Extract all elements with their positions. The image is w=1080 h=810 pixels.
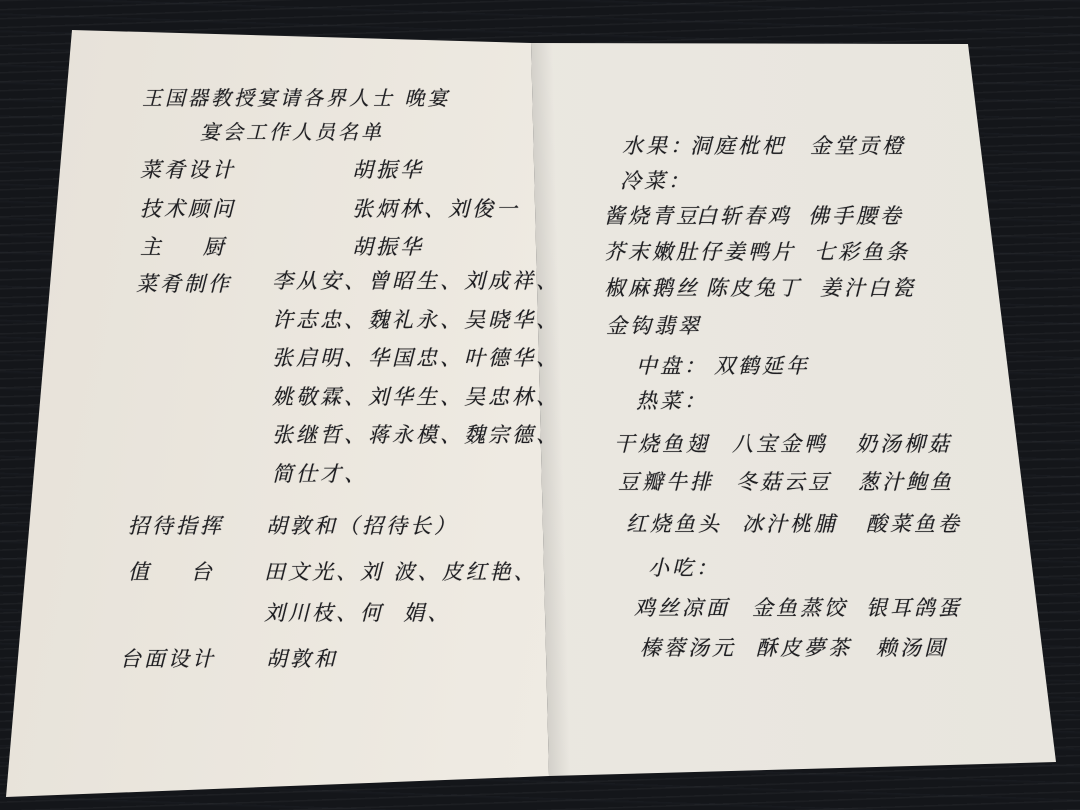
staff-names-line: 张继哲、蒋永模、魏宗德、 bbox=[272, 416, 560, 455]
menu-section-fruit-label: 水果： bbox=[622, 130, 694, 160]
menu-item: 姜汁白瓷 bbox=[820, 272, 916, 302]
menu-item: 赖汤圆 bbox=[876, 632, 948, 662]
menu-section-middle-plate-label: 中盘： bbox=[636, 350, 708, 380]
role-label-technical-advisor: 技术顾问 bbox=[140, 193, 236, 223]
role-label-menu-design: 菜肴设计 bbox=[140, 154, 236, 184]
staff-names-line: 许志忠、魏礼永、吴晓华、 bbox=[272, 301, 560, 340]
staff-names-line: 李从安、曾昭生、刘成祥、 bbox=[272, 262, 560, 301]
menu-item: 酥皮夢茶 bbox=[756, 632, 852, 662]
menu-section-snacks-label: 小吃： bbox=[648, 552, 720, 582]
menu-item: 干烧鱼翅 bbox=[614, 428, 710, 458]
staff-names-line: 简仕才、 bbox=[272, 455, 560, 494]
menu-item: 鸡丝凉面 bbox=[634, 592, 730, 622]
menu-item: 金堂贡橙 bbox=[810, 130, 906, 160]
menu-item: 奶汤柳菇 bbox=[856, 428, 952, 458]
role-label-service-director: 招待指挥 bbox=[128, 510, 224, 540]
menu-item: 金钩翡翠 bbox=[606, 310, 702, 340]
menu-item: 豆瓣牛排 bbox=[618, 466, 714, 496]
menu-item: 芥末嫩肚 bbox=[604, 236, 700, 266]
menu-item: 酸菜鱼卷 bbox=[866, 508, 962, 538]
menu-item: 冰汁桃脯 bbox=[742, 508, 838, 538]
staff-names-menu-design: 胡振华 bbox=[352, 154, 424, 184]
role-label-table-design: 台面设计 bbox=[120, 643, 216, 673]
document-title-line-2: 宴会工作人员名单 bbox=[200, 116, 384, 145]
menu-item: 双鹤延年 bbox=[714, 350, 810, 380]
menu-item: 冬菇云豆 bbox=[736, 466, 832, 496]
staff-names-line: 姚敬霖、刘华生、吴忠林、 bbox=[272, 378, 560, 417]
menu-item: 洞庭枇杷 bbox=[690, 130, 786, 160]
menu-item: 陈皮兔丁 bbox=[706, 272, 802, 302]
staff-names-service-director: 胡敦和（招待长） bbox=[266, 510, 458, 540]
menu-section-hot-dishes-label: 热菜： bbox=[636, 385, 708, 415]
menu-item: 金鱼蒸饺 bbox=[752, 592, 848, 622]
role-label-dish-preparation: 菜肴制作 bbox=[136, 268, 232, 298]
menu-item: 佛手腰卷 bbox=[808, 200, 904, 230]
role-label-head-chef: 主 厨 bbox=[140, 231, 227, 261]
menu-item: 仔姜鸭片 bbox=[700, 236, 796, 266]
staff-names-table-design: 胡敦和 bbox=[266, 643, 338, 673]
menu-section-cold-dishes-label: 冷菜： bbox=[620, 165, 692, 195]
staff-names-line: 张启明、华国忠、叶德华、 bbox=[272, 339, 560, 378]
menu-item: 红烧鱼头 bbox=[626, 508, 722, 538]
document-title-line-1: 王国器教授宴请各界人士 晚宴 bbox=[142, 82, 450, 111]
menu-item: 八宝金鸭 bbox=[732, 428, 828, 458]
staff-names-table-service-line-2: 刘川枝、何 娟、 bbox=[264, 597, 451, 627]
staff-names-technical-advisor: 张炳林、刘俊一 bbox=[352, 193, 520, 223]
staff-names-head-chef: 胡振华 bbox=[352, 231, 424, 261]
menu-item: 榛蓉汤元 bbox=[640, 632, 736, 662]
menu-item: 七彩鱼条 bbox=[814, 236, 910, 266]
menu-item: 葱汁鲍鱼 bbox=[858, 466, 954, 496]
menu-item: 银耳鸽蛋 bbox=[866, 592, 962, 622]
menu-item: 椒麻鹅丝 bbox=[604, 272, 700, 302]
menu-item: 酱烧青豆 bbox=[604, 200, 700, 230]
staff-names-dish-preparation: 李从安、曾昭生、刘成祥、 许志忠、魏礼永、吴晓华、 张启明、华国忠、叶德华、 姚… bbox=[272, 262, 560, 493]
role-label-table-service: 值 台 bbox=[128, 556, 215, 586]
staff-names-table-service-line-1: 田文光、刘 波、皮红艳、 bbox=[264, 556, 538, 586]
menu-item: 白斩春鸡 bbox=[696, 200, 792, 230]
